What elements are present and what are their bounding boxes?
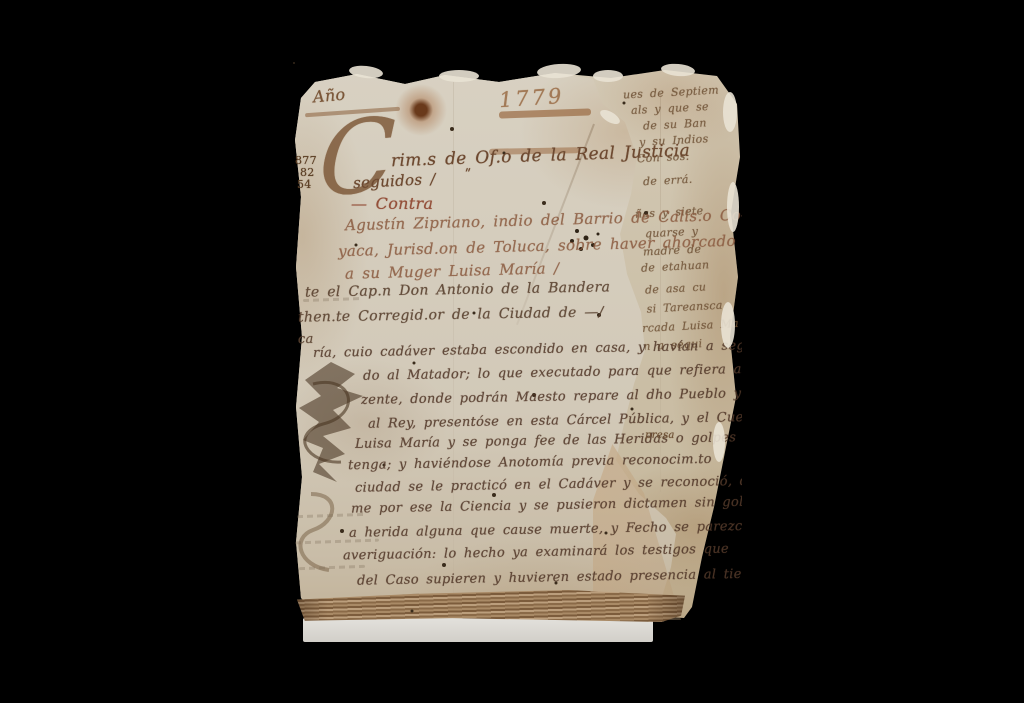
margin-fragment: de errá. bbox=[643, 173, 693, 189]
backing-board bbox=[303, 618, 653, 642]
torn-chip bbox=[439, 70, 479, 82]
torn-chip bbox=[721, 302, 735, 348]
torn-chip bbox=[727, 182, 739, 232]
quote-mark: ʺ bbox=[465, 168, 471, 183]
manuscript-photo: ues de Septiem als y que se de su Ban y … bbox=[293, 62, 742, 642]
photo-stage: ues de Septiem als y que se de su Ban y … bbox=[0, 0, 1024, 703]
ink-speck-layer bbox=[293, 62, 295, 64]
folio-number: 54 bbox=[297, 178, 312, 191]
side-note: presa bbox=[645, 430, 675, 441]
officer-line: ca bbox=[298, 332, 314, 347]
torn-chip bbox=[713, 422, 725, 462]
contra-label: — Contra bbox=[351, 194, 433, 213]
year-mark: 1779 bbox=[498, 84, 565, 113]
torn-chip bbox=[593, 70, 623, 82]
torn-chip bbox=[723, 92, 737, 132]
